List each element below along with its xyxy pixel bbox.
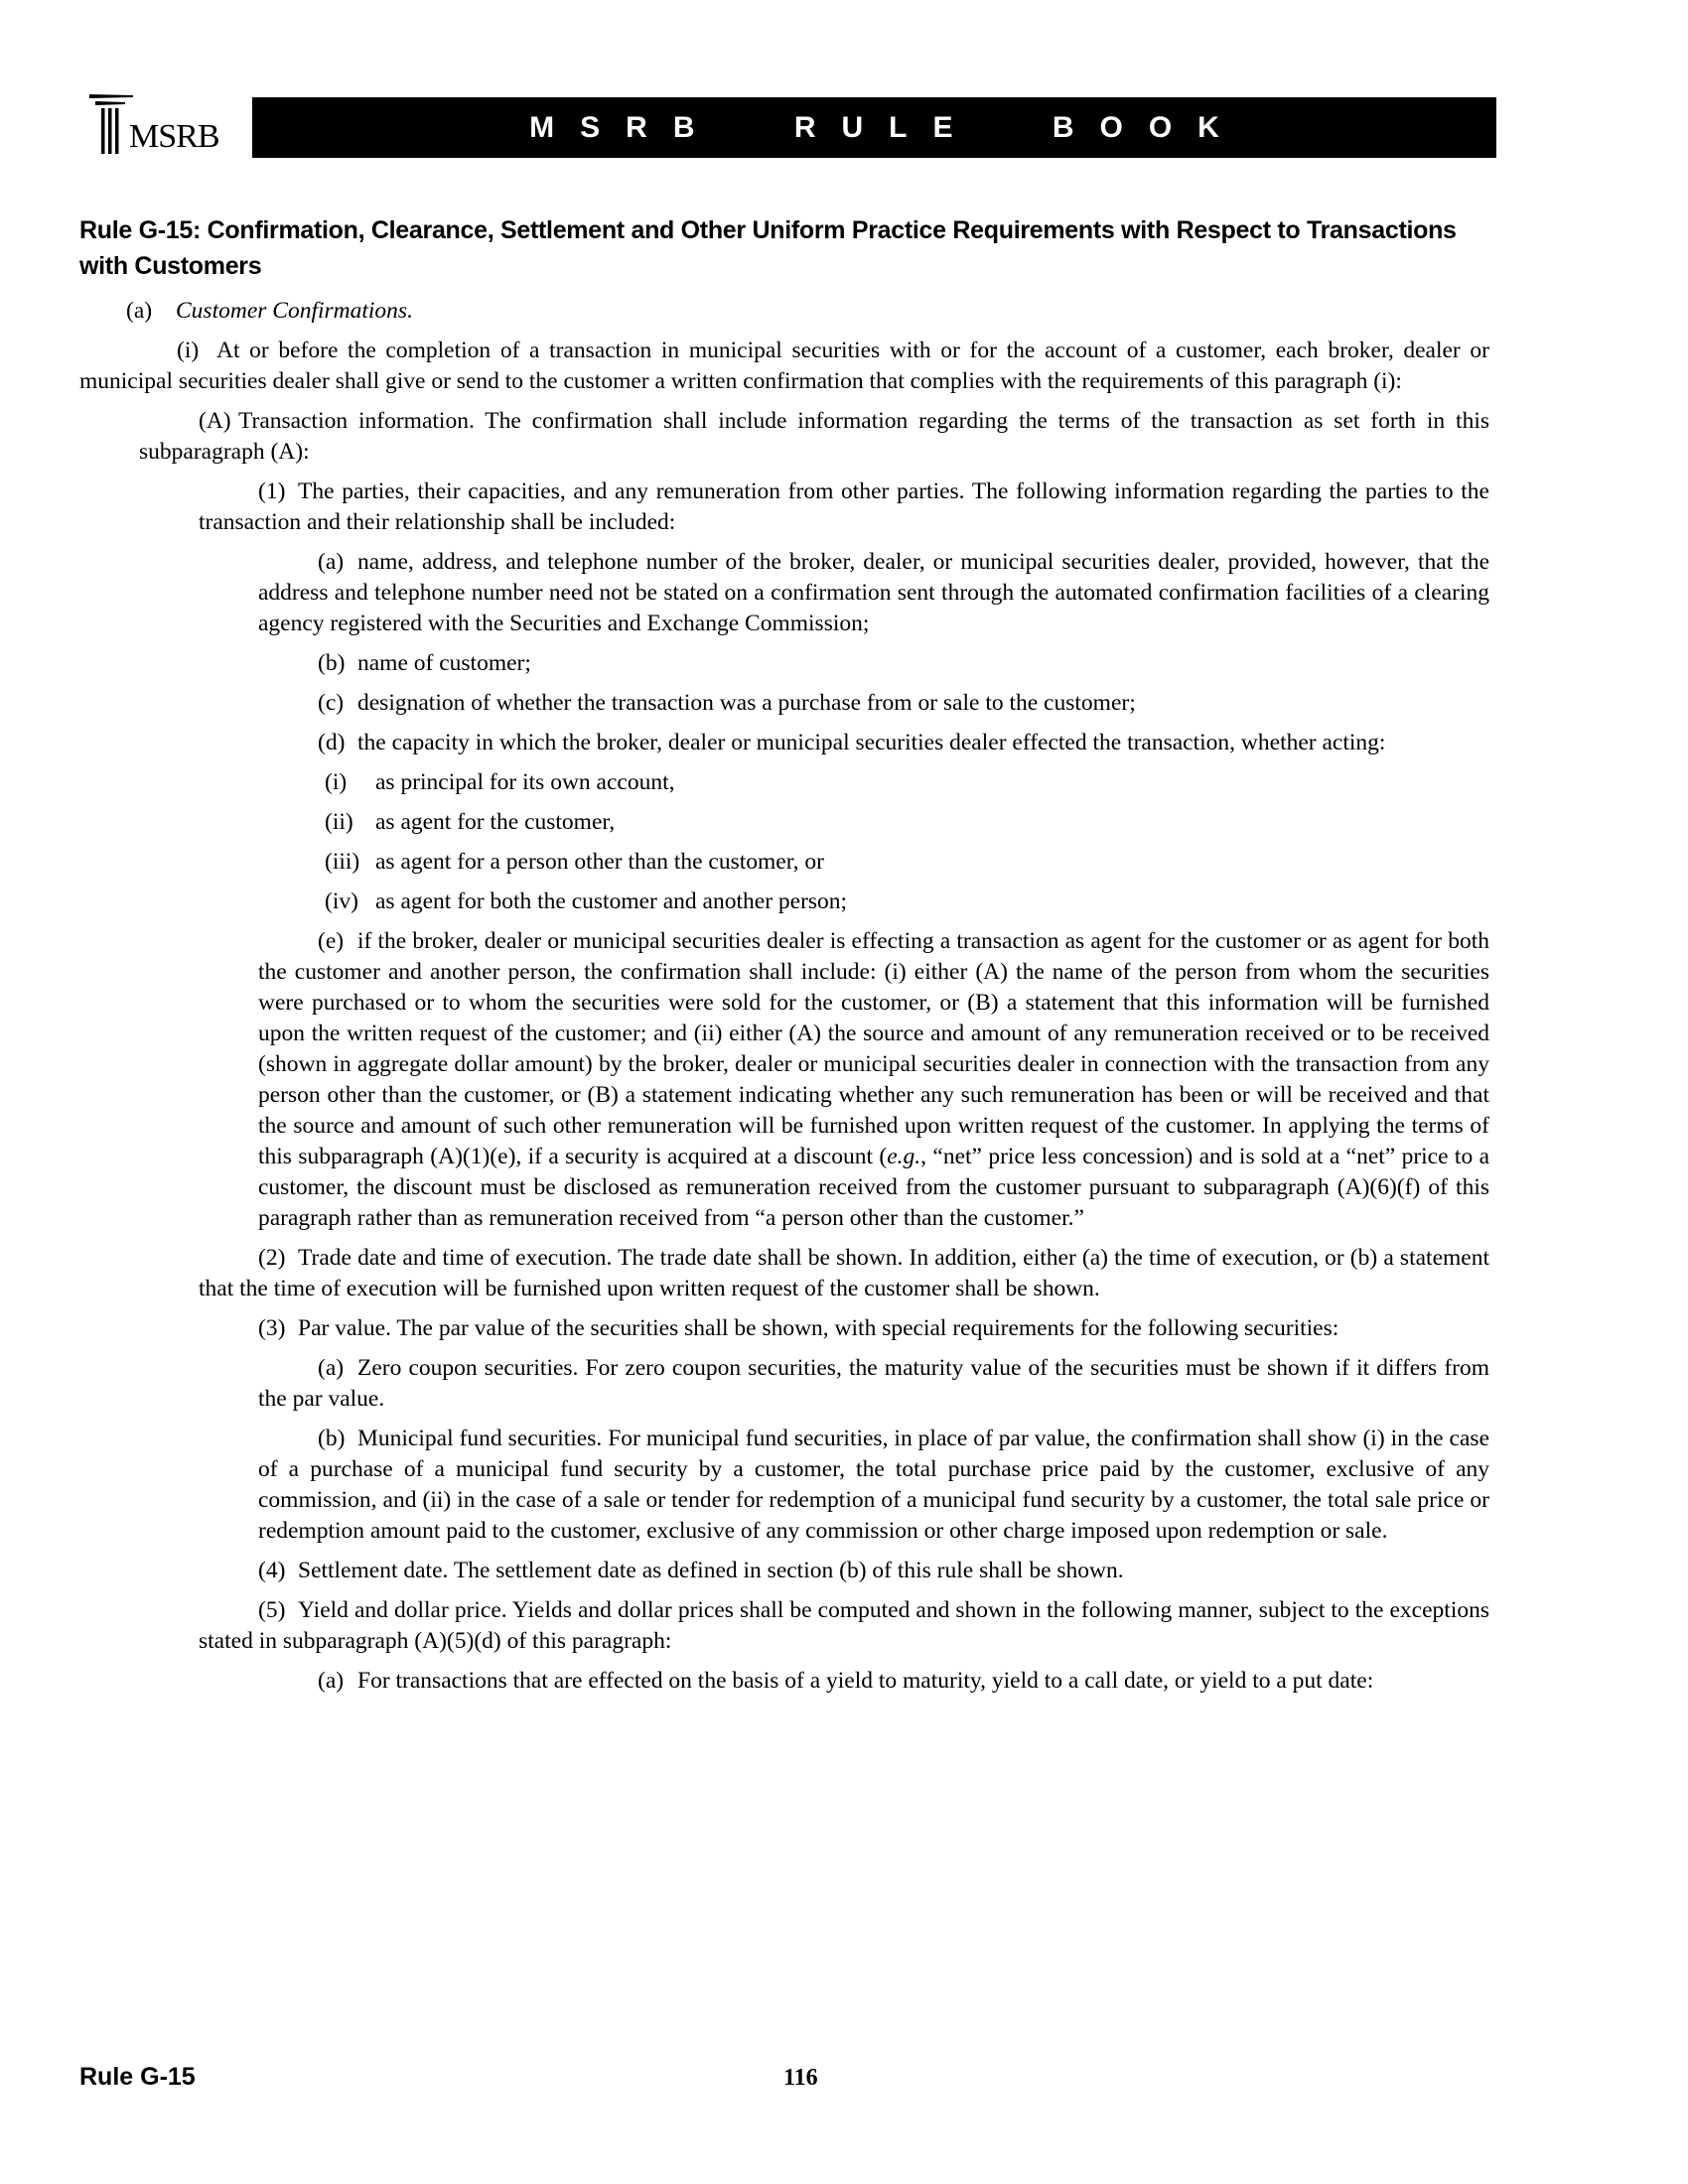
clause-4: (4)Settlement date. The settlement date …	[79, 1556, 1489, 1586]
clause-1: (1)The parties, their capacities, and an…	[79, 477, 1489, 538]
clause-2: (2)Trade date and time of execution. The…	[79, 1243, 1489, 1304]
clause-3a: (a)Zero coupon securities. For zero coup…	[79, 1353, 1489, 1415]
footer-rule-label: Rule G-15	[79, 2063, 196, 2092]
subparagraph-A: (A)Transaction information. The confirma…	[79, 406, 1489, 468]
logo-text: MSRB	[129, 117, 219, 157]
clause-1c: (c)designation of whether the transactio…	[79, 688, 1489, 719]
clause-1a: (a)name, address, and telephone number o…	[79, 547, 1489, 639]
list-item: (iv)as agent for both the customer and a…	[325, 887, 1489, 917]
banner-title: MSRB RULE BOOK	[529, 111, 1245, 145]
clause-1b: (b)name of customer;	[79, 648, 1489, 679]
clause-1e: (e)if the broker, dealer or municipal se…	[79, 926, 1489, 1234]
section-a-heading: (a)Customer Confirmations.	[79, 296, 1489, 327]
pillar-icon	[87, 91, 133, 157]
clause-3b: (b)Municipal fund securities. For munici…	[79, 1424, 1489, 1547]
capacity-list: (i)as principal for its own account, (ii…	[79, 767, 1489, 917]
msrb-logo: MSRB	[87, 91, 236, 157]
page-number: 116	[783, 2065, 818, 2092]
page-title: Rule G-15: Confirmation, Clearance, Sett…	[79, 212, 1499, 284]
rule-book-banner: MSRB RULE BOOK	[252, 97, 1496, 158]
paragraph-i: (i)At or before the completion of a tran…	[79, 336, 1489, 397]
document-body: (a)Customer Confirmations. (i)At or befo…	[79, 296, 1489, 1706]
clause-1d: (d)the capacity in which the broker, dea…	[79, 728, 1489, 758]
clause-5a: (a)For transactions that are effected on…	[79, 1666, 1489, 1697]
list-item: (iii)as agent for a person other than th…	[325, 847, 1489, 878]
list-item: (ii)as agent for the customer,	[325, 807, 1489, 838]
list-item: (i)as principal for its own account,	[325, 767, 1489, 798]
clause-3: (3)Par value. The par value of the secur…	[79, 1313, 1489, 1344]
clause-5: (5)Yield and dollar price. Yields and do…	[79, 1595, 1489, 1657]
